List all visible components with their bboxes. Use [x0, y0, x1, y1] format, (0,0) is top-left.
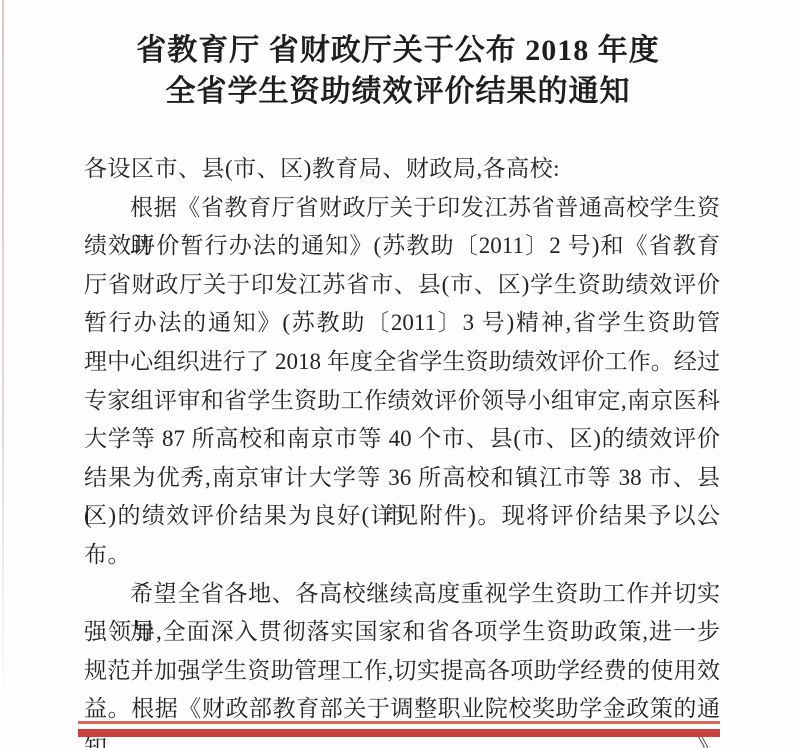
document-line: 根据《省教育厅省财政厅关于印发江苏省普通高校学生资助	[84, 189, 720, 228]
document-line: 规范并加强学生资助管理工作,切实提高各项助学经费的使用效	[84, 652, 720, 691]
document-title: 省教育厅 省财政厅关于公布 2018 年度 全省学生资助绩效评价结果的通知	[58, 30, 738, 112]
document-line: 强领导,全面深入贯彻落实国家和省各项学生资助政策,进一步	[84, 613, 720, 652]
scanned-notice-page: 省教育厅 省财政厅关于公布 2018 年度 全省学生资助绩效评价结果的通知 各设…	[0, 0, 796, 748]
document-line: 厅省财政厅关于印发江苏省市、县(市、区)学生资助绩效评价	[84, 266, 720, 305]
document-line: 希望全省各地、各高校继续高度重视学生资助工作并切实加	[84, 575, 720, 614]
document-line: 布。	[84, 536, 720, 575]
document-line: 专家组评审和省学生资助工作绩效评价领导小组审定,南京医科	[84, 382, 720, 421]
document-line: 暂行办法的通知》(苏教助〔2011〕3 号)精神,省学生资助管	[84, 304, 720, 343]
document-line: 结果为优秀,南京审计大学等 36 所高校和镇江市等 38 市、县(市、	[84, 459, 720, 498]
document-body: 各设区市、县(市、区)教育局、财政局,各高校:根据《省教育厅省财政厅关于印发江苏…	[84, 150, 720, 729]
scan-left-edge-line	[2, 0, 4, 714]
bottom-rule-thick	[78, 729, 720, 737]
document-line: 大学等 87 所高校和南京市等 40 个市、县(市、区)的绩效评价	[84, 420, 720, 459]
document-line: 绩效评价暂行办法的通知》(苏教助〔2011〕2 号)和《省教育	[84, 227, 720, 266]
document-title-line2: 全省学生资助绩效评价结果的通知	[58, 71, 738, 112]
document-line: 各设区市、县(市、区)教育局、财政局,各高校:	[84, 150, 720, 189]
bottom-rule-thin	[78, 721, 720, 724]
document-title-line1: 省教育厅 省财政厅关于公布 2018 年度	[58, 30, 738, 71]
document-line: 区)的绩效评价结果为良好(详见附件)。现将评价结果予以公	[84, 497, 720, 536]
document-line: 理中心组织进行了 2018 年度全省学生资助绩效评价工作。经过	[84, 343, 720, 382]
